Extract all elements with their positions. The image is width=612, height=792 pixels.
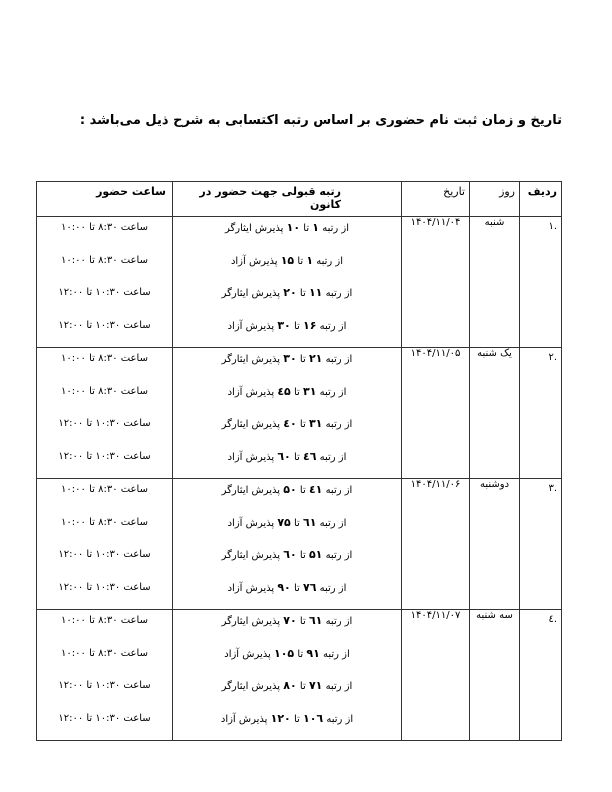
rank-type: پذیرش ایثارگر — [222, 485, 280, 496]
rank-type: پذیرش آزاد — [231, 256, 278, 267]
rank-to: ۵۰ — [283, 483, 296, 496]
rank-to-label: تا — [297, 649, 303, 660]
rank-from-label: از رتبه — [326, 616, 353, 627]
time-cell: ساعت ۸:۳۰ تا ۱۰:۰۰ساعت ۸:۳۰ تا ۱۰:۰۰ساعت… — [37, 479, 173, 610]
rank-to: ۷۵ — [277, 516, 290, 529]
rank-from: ۹۱ — [306, 647, 319, 660]
rank-to: ٤۰ — [283, 417, 296, 430]
rank-to-label: تا — [294, 518, 300, 529]
rank-from-label: از رتبه — [326, 485, 353, 496]
header-row: ردیف روز تاریخ رتبه قبولی جهت حضور در کا… — [37, 182, 562, 217]
rank-range: از رتبه ۱۰٦ تا ۱۲۰ پذیرش آزاد — [173, 708, 401, 741]
rank-type: پذیرش آزاد — [228, 518, 275, 529]
rank-from-label: از رتبه — [323, 649, 350, 660]
header-rank: رتبه قبولی جهت حضور در کانون — [173, 182, 402, 217]
time-slot: ساعت ۱۰:۳۰ تا ۱۲:۰۰ — [37, 282, 172, 315]
date-cell: ۱۴۰۴/۱۱/۰۴ — [402, 217, 470, 348]
rank-to-label: تا — [300, 419, 306, 430]
rank-to: ٦۰ — [283, 548, 296, 561]
rank-to-label: تا — [300, 485, 306, 496]
time-slot: ساعت ۸:۳۰ تا ۱۰:۰۰ — [37, 217, 172, 250]
rank-from-label: از رتبه — [326, 681, 353, 692]
rank-to: ۲۰ — [283, 286, 296, 299]
time-slot: ساعت ۸:۳۰ تا ۱۰:۰۰ — [37, 643, 172, 676]
rank-from-label: از رتبه — [326, 354, 353, 365]
rank-from-label: از رتبه — [320, 387, 347, 398]
rank-from-label: از رتبه — [320, 452, 347, 463]
time-slot: ساعت ۸:۳۰ تا ۱۰:۰۰ — [37, 250, 172, 283]
rank-from-label: از رتبه — [326, 288, 353, 299]
rank-cell: از رتبه ٦۱ تا ۷۰ پذیرش ایثارگر از رتبه ۹… — [173, 610, 402, 741]
rank-range: از رتبه ۱۱ تا ۲۰ پذیرش ایثارگر — [173, 282, 401, 315]
rank-from: ۱۰٦ — [303, 712, 323, 725]
row-number: .۳ — [520, 479, 562, 610]
row-number: .۱ — [520, 217, 562, 348]
rank-range: از رتبه ۲۱ تا ۳۰ پذیرش ایثارگر — [173, 348, 401, 381]
time-slot: ساعت ۱۰:۳۰ تا ۱۲:۰۰ — [37, 708, 172, 741]
rank-to: ۱۵ — [281, 254, 294, 267]
rank-from-label: از رتبه — [320, 321, 347, 332]
rank-type: پذیرش آزاد — [228, 387, 275, 398]
rank-from: ٦۱ — [303, 516, 316, 529]
time-slot: ساعت ۸:۳۰ تا ۱۰:۰۰ — [37, 381, 172, 414]
rank-from: ۲۱ — [309, 352, 322, 365]
rank-to-label: تا — [294, 583, 300, 594]
rank-to-label: تا — [303, 223, 309, 234]
rank-from-label: از رتبه — [322, 223, 349, 234]
time-slot: ساعت ۸:۳۰ تا ۱۰:۰۰ — [37, 512, 172, 545]
day-cell: سه شنبه — [470, 610, 520, 741]
rank-to-label: تا — [294, 452, 300, 463]
rank-to-label: تا — [300, 616, 306, 627]
rank-from: ۵۱ — [309, 548, 322, 561]
rank-to: ۱۲۰ — [271, 712, 291, 725]
rank-range: از رتبه ٤۱ تا ۵۰ پذیرش ایثارگر — [173, 479, 401, 512]
time-cell: ساعت ۸:۳۰ تا ۱۰:۰۰ساعت ۸:۳۰ تا ۱۰:۰۰ساعت… — [37, 217, 173, 348]
rank-type: پذیرش ایثارگر — [222, 681, 280, 692]
time-cell: ساعت ۸:۳۰ تا ۱۰:۰۰ساعت ۸:۳۰ تا ۱۰:۰۰ساعت… — [37, 610, 173, 741]
row-number: .۲ — [520, 348, 562, 479]
date-cell: ۱۴۰۴/۱۱/۰۵ — [402, 348, 470, 479]
day-cell: دوشنبه — [470, 479, 520, 610]
rank-from: ۱۶ — [303, 319, 316, 332]
rank-to-label: تا — [300, 288, 306, 299]
rank-to: ۳۰ — [283, 352, 296, 365]
rank-to: ۳۰ — [277, 319, 290, 332]
rank-from: ٤۱ — [309, 483, 322, 496]
rank-type: پذیرش ایثارگر — [222, 354, 280, 365]
rank-to: ٤۵ — [277, 385, 290, 398]
time-slot: ساعت ۸:۳۰ تا ۱۰:۰۰ — [37, 610, 172, 643]
rank-type: پذیرش آزاد — [228, 452, 275, 463]
rank-from: ٤٦ — [303, 450, 316, 463]
page-title: تاریخ و زمان ثبت نام حضوری بر اساس رتبه … — [142, 113, 562, 128]
rank-range: از رتبه ۵۱ تا ٦۰ پذیرش ایثارگر — [173, 544, 401, 577]
rank-from: ۱ — [306, 254, 313, 267]
rank-type: پذیرش آزاد — [228, 583, 275, 594]
time-slot: ساعت ۱۰:۳۰ تا ۱۲:۰۰ — [37, 446, 172, 479]
date-cell: ۱۴۰۴/۱۱/۰۷ — [402, 610, 470, 741]
time-slot: ساعت ۱۰:۳۰ تا ۱۲:۰۰ — [37, 577, 172, 610]
rank-to-label: تا — [297, 256, 303, 267]
rank-from-label: از رتبه — [316, 256, 343, 267]
rank-from-label: از رتبه — [320, 583, 347, 594]
rank-range: از رتبه ۳۱ تا ٤۵ پذیرش آزاد — [173, 381, 401, 414]
rank-range: از رتبه ۷٦ تا ۹۰ پذیرش آزاد — [173, 577, 401, 610]
day-cell: یک شنبه — [470, 348, 520, 479]
rank-range: از رتبه ۹۱ تا ۱۰۵ پذیرش آزاد — [173, 643, 401, 676]
rank-cell: از رتبه ۱ تا ۱۰ پذیرش ایثارگر از رتبه ۱ … — [173, 217, 402, 348]
rank-to-label: تا — [294, 714, 300, 725]
header-time: ساعت حضور — [37, 182, 173, 217]
rank-range: از رتبه ٤٦ تا ٦۰ پذیرش آزاد — [173, 446, 401, 479]
rank-type: پذیرش ایثارگر — [222, 419, 280, 430]
rank-from: ۳۱ — [309, 417, 322, 430]
rank-to: ٦۰ — [277, 450, 290, 463]
rank-to-label: تا — [300, 354, 306, 365]
time-slot: ساعت ۱۰:۳۰ تا ۱۲:۰۰ — [37, 544, 172, 577]
rank-to: ۹۰ — [277, 581, 290, 594]
rank-from-label: از رتبه — [320, 518, 347, 529]
rank-to: ۷۰ — [283, 614, 296, 627]
rank-from: ٦۱ — [309, 614, 322, 627]
date-cell: ۱۴۰۴/۱۱/۰۶ — [402, 479, 470, 610]
rank-range: از رتبه ٦۱ تا ۷۰ پذیرش ایثارگر — [173, 610, 401, 643]
rank-type: پذیرش آزاد — [224, 649, 271, 660]
rank-range: از رتبه ۱ تا ۱۵ پذیرش آزاد — [173, 250, 401, 283]
rank-to: ۸۰ — [283, 679, 296, 692]
day-cell: شنبه — [470, 217, 520, 348]
rank-to-label: تا — [300, 681, 306, 692]
rank-to: ۱۰ — [287, 221, 300, 234]
table-row: .۲یک شنبه۱۴۰۴/۱۱/۰۵از رتبه ۲۱ تا ۳۰ پذیر… — [37, 348, 562, 479]
rank-from: ۱ — [312, 221, 319, 234]
table-row: .۳دوشنبه۱۴۰۴/۱۱/۰۶از رتبه ٤۱ تا ۵۰ پذیرش… — [37, 479, 562, 610]
rank-type: پذیرش ایثارگر — [225, 223, 283, 234]
rank-from-label: از رتبه — [326, 714, 353, 725]
rank-range: از رتبه ۱ تا ۱۰ پذیرش ایثارگر — [173, 217, 401, 250]
table-row: .۱شنبه۱۴۰۴/۱۱/۰۴از رتبه ۱ تا ۱۰ پذیرش ای… — [37, 217, 562, 348]
rank-type: پذیرش آزاد — [228, 321, 275, 332]
rank-type: پذیرش ایثارگر — [222, 550, 280, 561]
rank-to-label: تا — [300, 550, 306, 561]
schedule-table: ردیف روز تاریخ رتبه قبولی جهت حضور در کا… — [36, 181, 562, 741]
table-row: .٤سه شنبه۱۴۰۴/۱۱/۰۷از رتبه ٦۱ تا ۷۰ پذیر… — [37, 610, 562, 741]
rank-from: ۷٦ — [303, 581, 316, 594]
rank-type: پذیرش آزاد — [221, 714, 268, 725]
rank-type: پذیرش ایثارگر — [222, 616, 280, 627]
rank-range: از رتبه ۱۶ تا ۳۰ پذیرش آزاد — [173, 315, 401, 348]
rank-from-label: از رتبه — [326, 419, 353, 430]
time-slot: ساعت ۸:۳۰ تا ۱۰:۰۰ — [37, 479, 172, 512]
rank-from: ۳۱ — [303, 385, 316, 398]
time-cell: ساعت ۸:۳۰ تا ۱۰:۰۰ساعت ۸:۳۰ تا ۱۰:۰۰ساعت… — [37, 348, 173, 479]
rank-type: پذیرش ایثارگر — [222, 288, 280, 299]
rank-cell: از رتبه ٤۱ تا ۵۰ پذیرش ایثارگر از رتبه ٦… — [173, 479, 402, 610]
rank-cell: از رتبه ۲۱ تا ۳۰ پذیرش ایثارگر از رتبه ۳… — [173, 348, 402, 479]
time-slot: ساعت ۱۰:۳۰ تا ۱۲:۰۰ — [37, 413, 172, 446]
rank-range: از رتبه ۷۱ تا ۸۰ پذیرش ایثارگر — [173, 675, 401, 708]
rank-range: از رتبه ٦۱ تا ۷۵ پذیرش آزاد — [173, 512, 401, 545]
rank-range: از رتبه ۳۱ تا ٤۰ پذیرش ایثارگر — [173, 413, 401, 446]
row-number: .٤ — [520, 610, 562, 741]
time-slot: ساعت ۱۰:۳۰ تا ۱۲:۰۰ — [37, 675, 172, 708]
time-slot: ساعت ۸:۳۰ تا ۱۰:۰۰ — [37, 348, 172, 381]
rank-to-label: تا — [294, 321, 300, 332]
header-date: تاریخ — [402, 182, 470, 217]
header-row-number: ردیف — [520, 182, 562, 217]
time-slot: ساعت ۱۰:۳۰ تا ۱۲:۰۰ — [37, 315, 172, 348]
rank-from-label: از رتبه — [326, 550, 353, 561]
rank-to: ۱۰۵ — [274, 647, 294, 660]
rank-to-label: تا — [294, 387, 300, 398]
rank-from: ۷۱ — [309, 679, 322, 692]
rank-from: ۱۱ — [309, 286, 322, 299]
header-day: روز — [470, 182, 520, 217]
